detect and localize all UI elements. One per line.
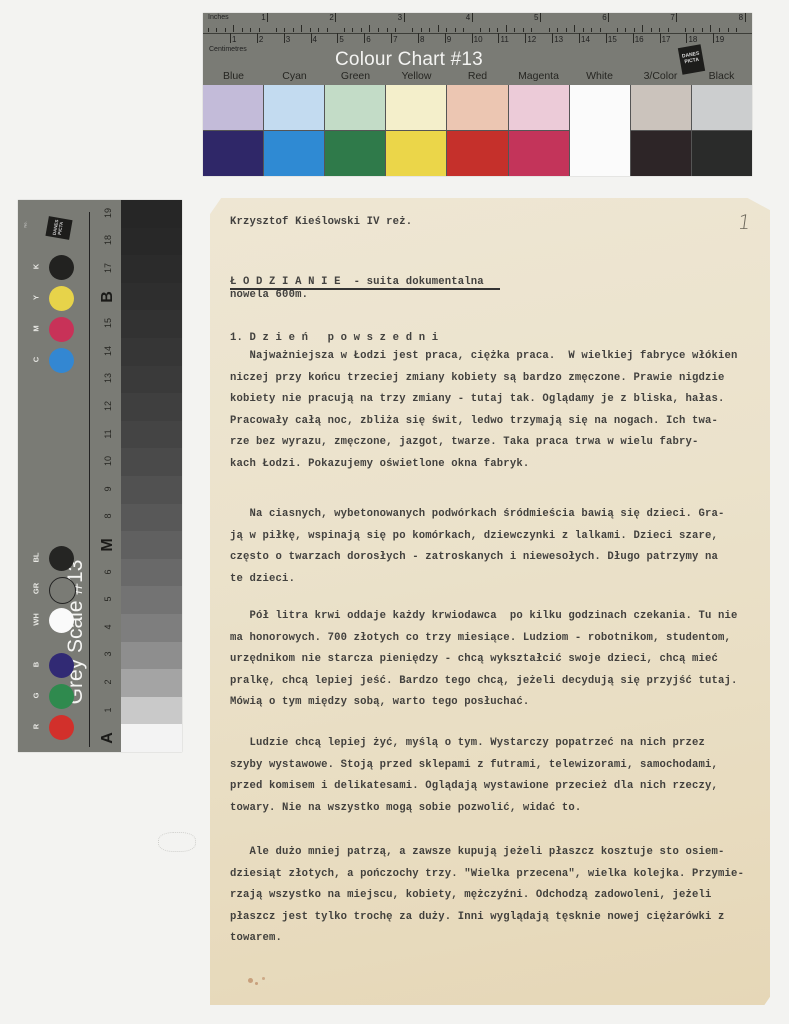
cm-number: 8: [420, 35, 424, 44]
ruler-subtick: [233, 25, 234, 32]
ruler-subtick: [284, 28, 285, 32]
ruler-subtick: [387, 28, 388, 32]
typed-line: Na ciasnych, wybetonowanych podwórkach ś…: [230, 508, 725, 520]
stain-mark: [248, 978, 253, 983]
ruler-subtick: [395, 28, 396, 32]
swatch-column-cyan: [264, 85, 325, 176]
swatch-light: [631, 85, 691, 131]
swatch-dark: [203, 131, 263, 176]
inch-number: 3: [398, 13, 402, 22]
colour-chart-title: Colour Chart #13: [335, 49, 483, 71]
ruler-subtick: [301, 25, 302, 32]
swatch-label-magenta: Magenta: [508, 70, 569, 86]
cm-tick: [418, 33, 419, 43]
dot-label-k: K: [32, 257, 41, 277]
ruler-subtick: [523, 28, 524, 32]
cm-number: 19: [715, 35, 724, 44]
inch-tick: [608, 13, 609, 22]
typed-line: szyby wystawowe. Stoją przed sklepami z …: [230, 759, 718, 771]
swatch-column-red: [447, 85, 508, 176]
inch-number: 1: [261, 13, 265, 22]
swatch-light: [386, 85, 446, 131]
inch-tick: [745, 13, 746, 22]
cm-number: 3: [286, 35, 290, 44]
dot-label-wh: WH: [32, 610, 41, 630]
inch-number: 7: [670, 13, 674, 22]
ruler-subtick: [574, 25, 575, 32]
danes-picta-logo-icon: DANESPICTA: [45, 216, 72, 240]
cm-number: 18: [688, 35, 697, 44]
dot-label-m: M: [32, 319, 41, 339]
ruler-subtick: [446, 28, 447, 32]
ruler-subtick: [591, 28, 592, 32]
dot-y: [49, 286, 74, 311]
swatch-dark: [692, 131, 752, 176]
grey-scale-number: 5: [103, 591, 113, 607]
cm-tick: [552, 33, 553, 43]
ruler-subtick: [693, 28, 694, 32]
cm-tick: [311, 33, 312, 43]
swatch-label-black: Black: [691, 70, 752, 86]
typed-line: towarem.: [230, 932, 282, 944]
inch-number: 2: [329, 13, 333, 22]
ruler-subtick: [429, 28, 430, 32]
grey-scale-number: 14: [103, 343, 113, 359]
grey-step: [121, 697, 182, 725]
typed-line: ją w piłkę, wspinają się po komórkach, d…: [230, 530, 718, 542]
typed-line: kobiety nie pracują na trzy zmiany - tut…: [230, 393, 725, 405]
stain-mark: [262, 977, 265, 980]
ruler-subtick: [668, 28, 669, 32]
inch-tick: [472, 13, 473, 22]
grey-step: [121, 504, 182, 532]
typed-line: rzają wszystko na miejscu, kobiety, mężc…: [230, 889, 712, 901]
ruler-subtick: [497, 28, 498, 32]
swatch-dark: [570, 131, 630, 177]
cm-tick: [364, 33, 365, 43]
ruler-subtick: [276, 28, 277, 32]
cm-number: 15: [608, 35, 617, 44]
cm-tick: [337, 33, 338, 43]
grey-scale-number: 6: [103, 564, 113, 580]
swatch-dark: [264, 131, 324, 176]
dot-label-gr: GR: [32, 579, 41, 599]
swatch-light: [325, 85, 385, 131]
inch-number: 6: [602, 13, 606, 22]
author-line: Krzysztof Kieślowski IV reż.: [230, 216, 412, 228]
swatch-light: [264, 85, 324, 131]
section-heading: 1. D z i e ń p o w s z e d n i: [230, 332, 438, 344]
cm-number: 14: [581, 35, 590, 44]
grey-scale-marker-b: B: [99, 287, 117, 307]
ruler-subtick: [455, 28, 456, 32]
ruler-subtick: [728, 28, 729, 32]
inch-tick: [540, 13, 541, 22]
typed-line: dziesiąt złotych, a pończochy trzy. "Wie…: [230, 868, 744, 880]
colour-labels: BlueCyanGreenYellowRedMagentaWhite3/Colo…: [203, 70, 752, 86]
grey-scale-divider: [89, 212, 90, 747]
document-title: Ł O D Z I A N I E - suita dokumentalna: [230, 276, 484, 288]
dot-bl: [49, 546, 74, 571]
inch-tick: [267, 13, 268, 22]
cm-number: 7: [393, 35, 397, 44]
ruler-subtick: [216, 28, 217, 32]
grey-step: [121, 724, 182, 752]
typed-line: pralkę, chcą lepiej jeść. Bardzo tego ch…: [230, 675, 738, 687]
grey-scale-number: 2: [103, 674, 113, 690]
cm-number: 10: [474, 35, 483, 44]
grey-scale-marker-m: M: [99, 535, 117, 555]
grey-step: [121, 531, 182, 559]
typed-line: niczej przy końcu trzeciej zmiany kobiet…: [230, 372, 725, 384]
grey-scale-number: 1: [103, 702, 113, 718]
ruler-subtick: [242, 28, 243, 32]
swatch-label-blue: Blue: [203, 70, 264, 86]
typed-line: urzędnikom nie starcza pieniędzy - chcą …: [230, 653, 718, 665]
ruler-subtick: [702, 28, 703, 32]
ruler-subtick: [208, 28, 209, 32]
handwritten-page-number: 1: [736, 210, 752, 234]
grey-step: [121, 476, 182, 504]
grey-scale-number: 8: [103, 508, 113, 524]
ruler-subtick: [514, 28, 515, 32]
typed-line: płaszcz jest tylko trochę za duży. Inni …: [230, 911, 725, 923]
typed-line: kach Łodzi. Pokazujemy oświetlone okna f…: [230, 458, 529, 470]
ruler-subtick: [438, 25, 439, 32]
colour-swatches: [203, 85, 752, 176]
grey-step: [121, 310, 182, 338]
typed-line: towary. Nie na wszystko mogą sobie pozwo…: [230, 802, 581, 814]
cm-tick: [230, 33, 231, 43]
grey-scale-number: 12: [103, 398, 113, 414]
cm-tick: [633, 33, 634, 43]
ruler-subtick: [352, 28, 353, 32]
ruler-subtick: [719, 28, 720, 32]
grey-step: [121, 283, 182, 311]
swatch-label-cyan: Cyan: [264, 70, 325, 86]
swatch-light: [509, 85, 569, 131]
swatch-light: [692, 85, 752, 131]
ruler-subtick: [634, 28, 635, 32]
swatch-light: [570, 85, 630, 131]
cm-tick: [391, 33, 392, 43]
ruler-subtick: [250, 28, 251, 32]
cm-number: 16: [635, 35, 644, 44]
ruler-subtick: [736, 28, 737, 32]
ruler-subtick: [225, 28, 226, 32]
dot-label-g: G: [32, 686, 41, 706]
swatch-label-yellow: Yellow: [386, 70, 447, 86]
cm-tick: [445, 33, 446, 43]
ruler-subtick: [463, 28, 464, 32]
typed-line: te dzieci.: [230, 573, 295, 585]
ruler-subtick: [685, 28, 686, 32]
swatch-dark: [447, 131, 507, 176]
typed-line: często o twarzach dorosłych - zatroskany…: [230, 551, 718, 563]
typed-line: ma honorowych. 700 złotych co trzy miesi…: [230, 632, 731, 644]
grey-scale-number: 3: [103, 646, 113, 662]
typed-line: Ale dużo mniej patrzą, a zawsze kupują j…: [230, 846, 725, 858]
ruler-subtick: [600, 28, 601, 32]
ruler-subtick: [259, 28, 260, 32]
inch-number: 5: [534, 13, 538, 22]
dot-wh: [49, 608, 74, 633]
cm-number: 13: [554, 35, 563, 44]
inch-tick: [335, 13, 336, 22]
ruler-subtick: [344, 28, 345, 32]
grey-scale-number: 13: [103, 370, 113, 386]
ruler-subtick: [378, 28, 379, 32]
typed-line: Pół litra krwi oddaje każdy krwiodawca p…: [230, 610, 738, 622]
ruler-subtick: [549, 28, 550, 32]
grey-step: [121, 338, 182, 366]
grey-scale-number: 11: [103, 426, 113, 442]
grey-step: [121, 586, 182, 614]
grey-scale-fineprint: No.: [23, 221, 28, 227]
swatch-dark: [509, 131, 569, 176]
ruler-subtick: [310, 28, 311, 32]
grey-step: [121, 559, 182, 587]
document-subtitle: nowela 600m.: [230, 289, 308, 301]
grey-step: [121, 255, 182, 283]
grey-step: [121, 421, 182, 449]
cm-tick: [472, 33, 473, 43]
grey-scale-steps: [121, 200, 182, 752]
typed-line: rze bez wyrazu, zmęczone, jazgot, twarze…: [230, 436, 699, 448]
dot-label-c: C: [32, 350, 41, 370]
typed-line: Mówią o tym między sobą, warto tego posł…: [230, 696, 529, 708]
grey-step: [121, 366, 182, 394]
cm-number: 11: [500, 35, 508, 44]
ruler-subtick: [421, 28, 422, 32]
cm-number: 12: [527, 35, 536, 44]
ruler-subtick: [566, 28, 567, 32]
ruler-subtick: [617, 28, 618, 32]
grey-scale-number: 15: [103, 315, 113, 331]
dot-k: [49, 255, 74, 280]
grey-scale-number: 4: [103, 619, 113, 635]
cm-tick: [713, 33, 714, 43]
ruler-subtick: [659, 28, 660, 32]
dot-gr: [49, 577, 76, 604]
inch-tick: [676, 13, 677, 22]
colour-chart: Inches Centimetres Colour Chart #13 DANE…: [203, 13, 752, 176]
dot-g: [49, 684, 74, 709]
ruler-subtick: [318, 28, 319, 32]
dot-label-b: B: [32, 655, 41, 675]
ruler-subtick: [480, 28, 481, 32]
swatch-dark: [386, 131, 446, 176]
paper-smudge: [158, 832, 196, 852]
inch-number: 4: [466, 13, 470, 22]
ruler-subtick: [369, 25, 370, 32]
cm-tick: [498, 33, 499, 43]
ruler-subtick: [489, 28, 490, 32]
dot-b: [49, 653, 74, 678]
ruler-subtick: [327, 28, 328, 32]
cm-number: 6: [366, 35, 370, 44]
cm-tick: [686, 33, 687, 43]
swatch-column-blue: [203, 85, 264, 176]
grey-scale-number: 19: [103, 205, 113, 221]
ruler-subtick: [412, 28, 413, 32]
typed-line: Najważniejsza w Łodzi jest praca, ciężka…: [230, 350, 738, 362]
grey-step: [121, 669, 182, 697]
typewritten-page: 1 Krzysztof Kieślowski IV reż. Ł O D Z I…: [210, 198, 770, 1005]
inch-tick: [404, 13, 405, 22]
swatch-column-black: [692, 85, 752, 176]
typed-line: Ludzie chcą lepiej żyć, myślą o tym. Wys…: [230, 737, 705, 749]
dot-r: [49, 715, 74, 740]
ruler-subtick: [361, 28, 362, 32]
dot-label-r: R: [32, 717, 41, 737]
ruler-subtick: [710, 25, 711, 32]
cm-number: 17: [662, 35, 671, 44]
swatch-column-white: [570, 85, 631, 176]
ruler-subtick: [506, 25, 507, 32]
ruler-subtick: [642, 25, 643, 32]
inches-label: Inches: [208, 14, 229, 21]
cm-tick: [284, 33, 285, 43]
ruler-subtick: [583, 28, 584, 32]
typed-line: przed komisem i delikatesami. Oglądają w…: [230, 780, 718, 792]
grey-scale-number: 17: [103, 260, 113, 276]
cm-number: 9: [447, 35, 451, 44]
dot-m: [49, 317, 74, 342]
cm-number: 2: [259, 35, 263, 44]
swatch-light: [203, 85, 263, 131]
grey-step: [121, 200, 182, 228]
cm-tick: [525, 33, 526, 43]
swatch-light: [447, 85, 507, 131]
dot-label-bl: BL: [32, 548, 41, 568]
swatch-dark: [631, 131, 691, 176]
grey-step: [121, 393, 182, 421]
cm-number: 1: [232, 35, 236, 44]
grey-step: [121, 228, 182, 256]
grey-scale-number: 9: [103, 481, 113, 497]
cm-tick: [579, 33, 580, 43]
swatch-column-green: [325, 85, 386, 176]
swatch-column-yellow: [386, 85, 447, 176]
inch-number: 8: [739, 13, 743, 22]
swatch-column-magenta: [509, 85, 570, 176]
grey-scale-number: 18: [103, 232, 113, 248]
centimetres-label: Centimetres: [209, 46, 247, 53]
ruler-subtick: [557, 28, 558, 32]
grey-step: [121, 614, 182, 642]
grey-step: [121, 642, 182, 670]
grey-scale-marker-a: A: [99, 728, 117, 748]
grey-step: [121, 448, 182, 476]
swatch-column-3color: [631, 85, 692, 176]
dot-c: [49, 348, 74, 373]
grey-scale-chart: No. DANESPICTA Grey Scale #13 191817B151…: [18, 200, 182, 752]
cm-tick: [257, 33, 258, 43]
swatch-label-red: Red: [447, 70, 508, 86]
grey-scale-number: 10: [103, 453, 113, 469]
ruler-subtick: [531, 28, 532, 32]
typed-line: Pracowały całą noc, zbliża się świt, led…: [230, 415, 718, 427]
cm-tick: [660, 33, 661, 43]
cm-number: 4: [313, 35, 317, 44]
ruler-subtick: [625, 28, 626, 32]
swatch-label-white: White: [569, 70, 630, 86]
swatch-label-green: Green: [325, 70, 386, 86]
ruler-subtick: [651, 28, 652, 32]
stain-mark: [255, 982, 258, 985]
cm-tick: [606, 33, 607, 43]
dot-label-y: Y: [32, 288, 41, 308]
ruler-subtick: [293, 28, 294, 32]
swatch-label-3color: 3/Color: [630, 70, 691, 86]
cm-number: 5: [339, 35, 343, 44]
swatch-dark: [325, 131, 385, 176]
